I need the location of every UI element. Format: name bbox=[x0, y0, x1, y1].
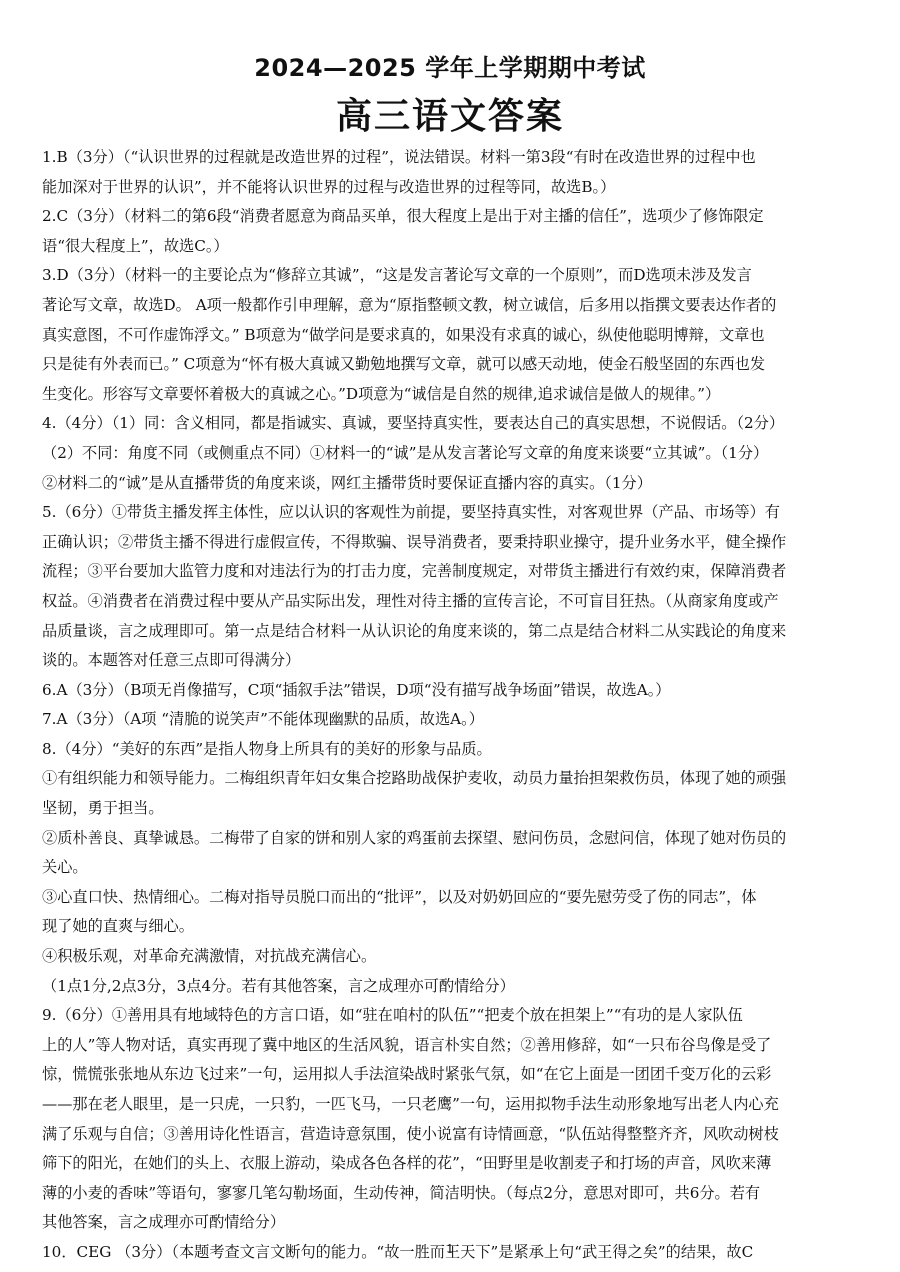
answer-line: 流程；③平台要加大监管力度和对违法行为的打击力度，完善制度规定，对带货主播进行有… bbox=[42, 557, 872, 587]
answer-line: 只是徒有外表而已。” C项意为“怀有极大真诚又勤勉地撰写文章，就可以感天动地，使… bbox=[42, 350, 872, 380]
answer-line: 满了乐观与自信；③善用诗化性语言，营造诗意氛围，使小说富有诗情画意，“队伍站得整… bbox=[42, 1120, 872, 1150]
answer-line: ②质朴善良、真挚诚恳。二梅带了自家的饼和别人家的鸡蛋前去探望、慰问伤员，念慰问信… bbox=[42, 824, 872, 854]
answer-line: 品质量谈，言之成理即可。第一点是结合材料一从认识论的角度来谈的，第二点是结合材料… bbox=[42, 617, 872, 647]
answer-line: ③心直口快、热情细心。二梅对指导员脱口而出的“批评”，以及对奶奶回应的“要先慰劳… bbox=[42, 883, 872, 913]
answer-line: 权益。④消费者在消费过程中要从产品实际出发，理性对待主播的宣传言论，不可盲目狂热… bbox=[42, 587, 872, 617]
answer-line: 关心。 bbox=[42, 853, 872, 883]
answer-line: 7.A（3分）（A项 “清脆的说笑声”不能体现幽默的品质，故选A。） bbox=[42, 705, 872, 735]
answer-line: 能加深对于世界的认识”，并不能将认识世界的过程与改造世界的过程等同，故选B。） bbox=[42, 173, 872, 203]
answer-line: 薄的小麦的香味”等语句，寥寥几笔勾勒场面，生动传神，简洁明快。（每点2分，意思对… bbox=[42, 1179, 872, 1209]
exam-title: 2024—2025 学年上学期期中考试 bbox=[0, 48, 900, 83]
document-title: 高三语文答案 bbox=[0, 88, 900, 139]
answer-line: （1点1分,2点3分，3点4分。若有其他答案，言之成理亦可酌情给分） bbox=[42, 972, 872, 1002]
answer-line: 2.C（3分）（材料二的第6段“消费者愿意为商品买单，很大程度上是出于对主播的信… bbox=[42, 202, 872, 232]
answer-line: ①有组织能力和领导能力。二梅组织青年妇女集合挖路助战保护麦收，动员力量抬担架救伤… bbox=[42, 764, 872, 794]
answer-line: 生变化。形容写文章要怀着极大的真诚之心。”D项意为“诚信是自然的规律,追求诚信是… bbox=[42, 380, 872, 410]
answer-line: 坚韧，勇于担当。 bbox=[42, 794, 872, 824]
answer-key-page: 2024—2025 学年上学期期中考试 高三语文答案 1.B（3分）（“认识世界… bbox=[0, 0, 900, 1272]
answer-line: 惊，慌慌张张地从东边飞过来”一句，运用拟人手法渲染战时紧张气氛，如“在它上面是一… bbox=[42, 1060, 872, 1090]
answer-line: 3.D（3分）（材料一的主要论点为“修辞立其诚”，“这是发言著论写文章的一个原则… bbox=[42, 261, 872, 291]
answer-line: ④积极乐观，对革命充满激情，对抗战充满信心。 bbox=[42, 942, 872, 972]
answer-line: 筛下的阳光，在她们的头上、衣服上游动，染成各色各样的花”，“田野里是收割麦子和打… bbox=[42, 1149, 872, 1179]
page-number: 1 bbox=[0, 1242, 900, 1256]
answer-line: 5.（6分）①带货主播发挥主体性，应以认识的客观性为前提，要坚持真实性，对客观世… bbox=[42, 498, 872, 528]
answer-line: 正确认识；②带货主播不得进行虚假宣传，不得欺骗、误导消费者，要秉持职业操守，提升… bbox=[42, 528, 872, 558]
answer-line: 6.A（3分）（B项无肖像描写，C项“插叙手法”错误，D项“没有描写战争场面”错… bbox=[42, 676, 872, 706]
answer-line: 著论写文章，故选D。 A项一般都作引申理解，意为“原指整顿文教，树立诚信，后多用… bbox=[42, 291, 872, 321]
answer-line: 4.（4分）（1）同：含义相同，都是指诚实、真诚，要坚持真实性，要表达自己的真实… bbox=[42, 409, 872, 439]
answer-line: 8.（4分）“美好的东西”是指人物身上所具有的美好的形象与品质。 bbox=[42, 735, 872, 765]
answer-line: ②材料二的“诚”是从直播带货的角度来谈，网红主播带货时要保证直播内容的真实。（1… bbox=[42, 469, 872, 499]
answer-line: 真实意图，不可作虚饰浮文。” B项意为“做学问是要求真的，如果没有求真的诚心，纵… bbox=[42, 321, 872, 351]
answer-line: （2）不同：角度不同（或侧重点不同）①材料一的“诚”是从发言著论写文章的角度来谈… bbox=[42, 439, 872, 469]
answer-line: 1.B（3分）（“认识世界的过程就是改造世界的过程”，说法错误。材料一第3段“有… bbox=[42, 143, 872, 173]
answer-line: 上的人”等人物对话，真实再现了冀中地区的生活风貌，语言朴实自然；②善用修辞，如“… bbox=[42, 1031, 872, 1061]
answer-line: 谈的。本题答对任意三点即可得满分） bbox=[42, 646, 872, 676]
answer-line: 现了她的直爽与细心。 bbox=[42, 912, 872, 942]
answer-line: 其他答案，言之成理亦可酌情给分） bbox=[42, 1208, 872, 1238]
answer-line: 语“很大程度上”，故选C。） bbox=[42, 232, 872, 262]
answer-line: 9.（6分）①善用具有地域特色的方言口语，如“驻在咱村的队伍”“把麦个放在担架上… bbox=[42, 1001, 872, 1031]
answer-body: 1.B（3分）（“认识世界的过程就是改造世界的过程”，说法错误。材料一第3段“有… bbox=[42, 143, 872, 1268]
answer-line: ——那在老人眼里，是一只虎，一只豹，一匹飞马，一只老鹰”一句，运用拟物手法生动形… bbox=[42, 1090, 872, 1120]
